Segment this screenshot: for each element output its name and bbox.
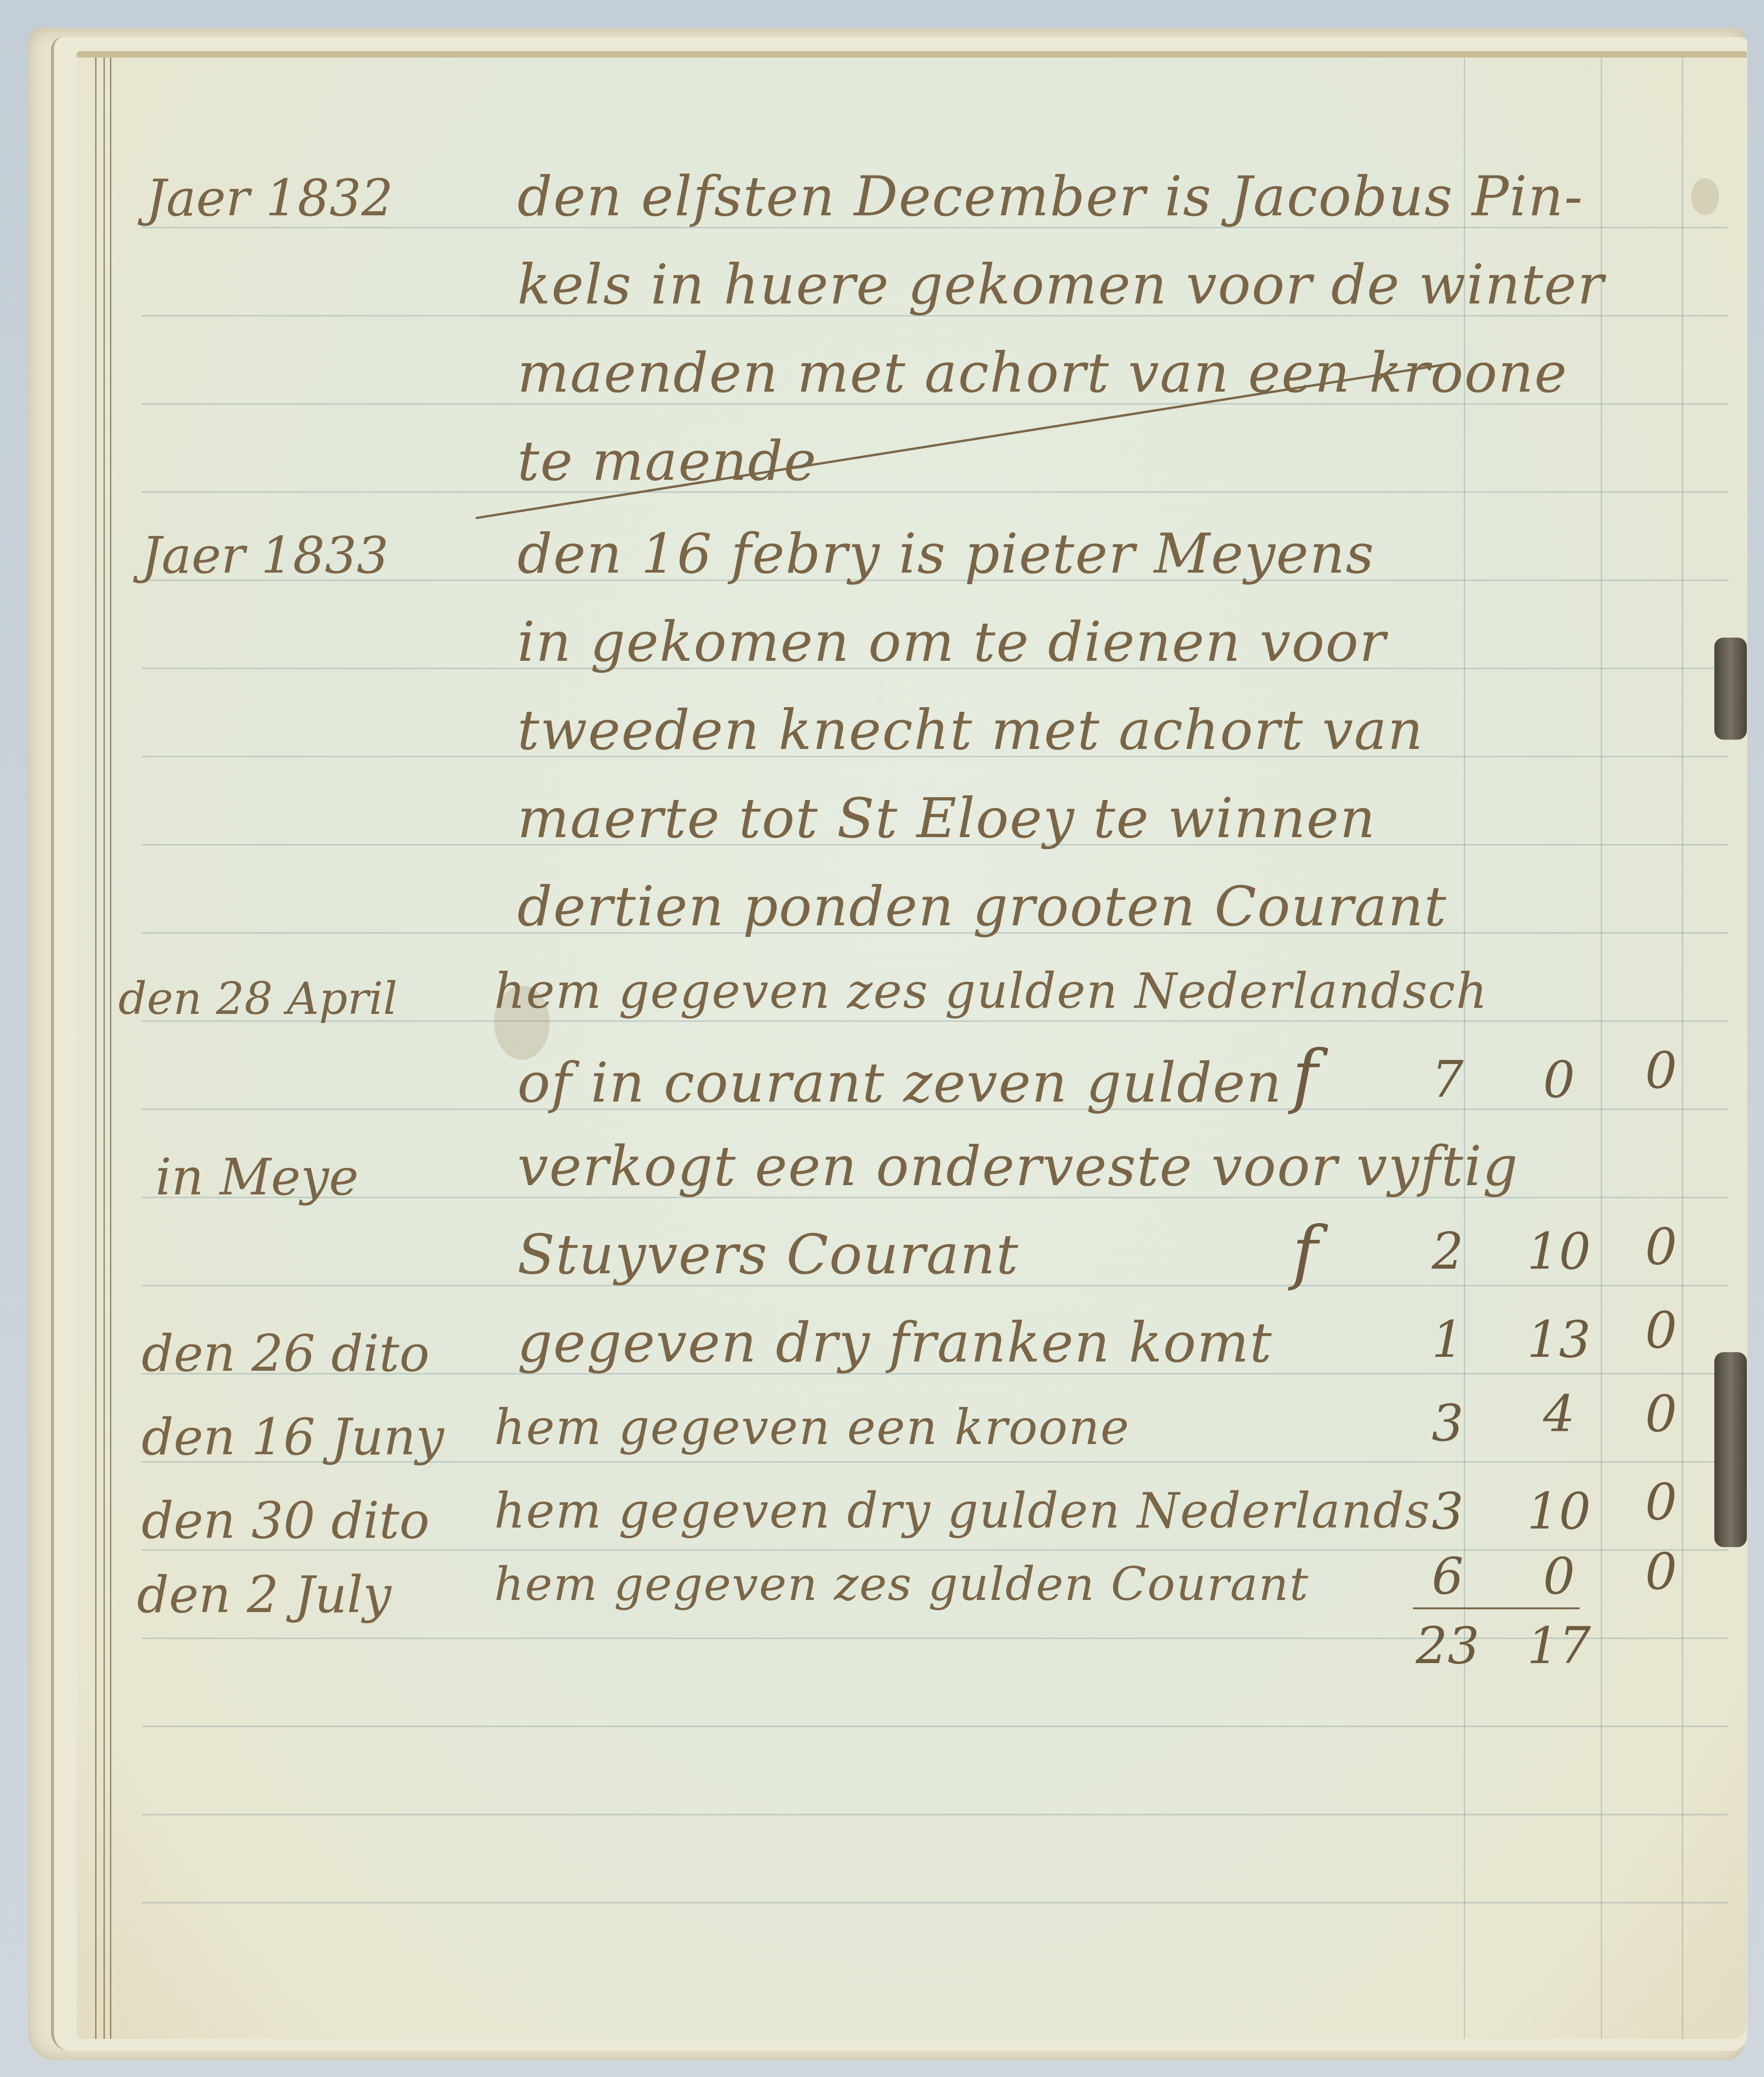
ledger-date: den 28 April xyxy=(118,976,397,1021)
ledger-line: verkogt een onderveste voor vyftig xyxy=(517,1139,1519,1193)
amount-guilders: 6 xyxy=(1413,1552,1482,1602)
entry-line: maenden met achort van een kroone xyxy=(517,345,1568,400)
ledger-date: den 16 Juny xyxy=(142,1413,444,1463)
margin-year-1833: Jaer 1833 xyxy=(142,531,388,581)
margin-year-1832: Jaer 1832 xyxy=(146,174,393,224)
amount-guilders: 2 xyxy=(1413,1227,1482,1277)
ledger-page: Jaer 1832 den elfsten December is Jacobu… xyxy=(77,51,1747,2039)
ruled-line xyxy=(142,1902,1728,1903)
margin-rule xyxy=(103,58,105,2039)
florin-sign: f xyxy=(1292,1041,1318,1111)
amount-penningen: 0 xyxy=(1626,1547,1696,1597)
ledger-line: gegeven dry franken komt xyxy=(517,1315,1273,1370)
ledger-line: hem gegeven dry gulden Nederlands xyxy=(494,1487,1430,1535)
entry-line: maerte tot St Eloey te winnen xyxy=(517,791,1376,845)
amount-penningen: 0 xyxy=(1626,1477,1696,1528)
amount-penningen: 0 xyxy=(1626,1306,1696,1356)
ledger-line: hem gegeven zes gulden Courant xyxy=(494,1561,1309,1607)
binding-clasp xyxy=(1714,638,1747,740)
entry-line: te maende xyxy=(517,433,817,488)
ledger-date: in Meye xyxy=(155,1153,359,1203)
amount-penningen: 0 xyxy=(1626,1046,1696,1096)
entry-line: kels in huere gekomen voor de winter xyxy=(517,257,1604,312)
ledger-date: den 26 dito xyxy=(142,1329,430,1379)
column-rule xyxy=(1601,58,1602,2039)
amount-penningen: 0 xyxy=(1626,1389,1696,1439)
ledger-line: of in courant zeven gulden xyxy=(517,1055,1282,1110)
scanned-page: Jaer 1832 den elfsten December is Jacobu… xyxy=(0,0,1764,2077)
amount-stuivers: 0 xyxy=(1524,1055,1594,1105)
ink-stain xyxy=(1691,178,1719,215)
amount-guilders: 3 xyxy=(1413,1487,1482,1537)
ruled-line xyxy=(142,1726,1728,1727)
entry-line: dertien ponden grooten Courant xyxy=(517,879,1447,934)
amount-guilders: 7 xyxy=(1413,1055,1482,1105)
amount-stuivers: 4 xyxy=(1524,1389,1594,1439)
amount-stuivers: 0 xyxy=(1524,1552,1594,1602)
ruled-line xyxy=(142,1814,1728,1815)
ruled-line xyxy=(142,1638,1728,1639)
amount-stuivers: 10 xyxy=(1524,1487,1594,1537)
entry-line: den 16 febry is pieter Meyens xyxy=(517,526,1375,581)
total-guilders: 23 xyxy=(1413,1621,1482,1671)
amount-stuivers: 13 xyxy=(1524,1315,1594,1365)
ledger-line: hem gegeven een kroone xyxy=(494,1403,1130,1451)
ledger-line: hem gegeven zes gulden Nederlandsch xyxy=(494,967,1488,1015)
margin-rule xyxy=(110,58,111,2039)
amount-stuivers: 10 xyxy=(1524,1227,1594,1277)
ledger-date: den 2 July xyxy=(137,1570,391,1620)
amount-guilders: 1 xyxy=(1413,1315,1482,1365)
margin-rule xyxy=(95,58,97,2039)
ledger-line: Stuyvers Courant xyxy=(517,1227,1019,1282)
sum-rule xyxy=(1413,1607,1580,1609)
florin-sign: f xyxy=(1292,1218,1318,1287)
amount-guilders: 3 xyxy=(1413,1399,1482,1449)
entry-line: in gekomen om te dienen voor xyxy=(517,614,1386,669)
ruled-line xyxy=(142,491,1728,493)
ledger-date: den 30 dito xyxy=(142,1496,430,1546)
amount-penningen: 0 xyxy=(1626,1222,1696,1272)
binding-clasp xyxy=(1714,1352,1747,1547)
entry-line: den elfsten December is Jacobus Pin- xyxy=(517,169,1584,224)
entry-line: tweeden knecht met achort van xyxy=(517,703,1424,757)
total-stuivers: 17 xyxy=(1524,1621,1594,1671)
